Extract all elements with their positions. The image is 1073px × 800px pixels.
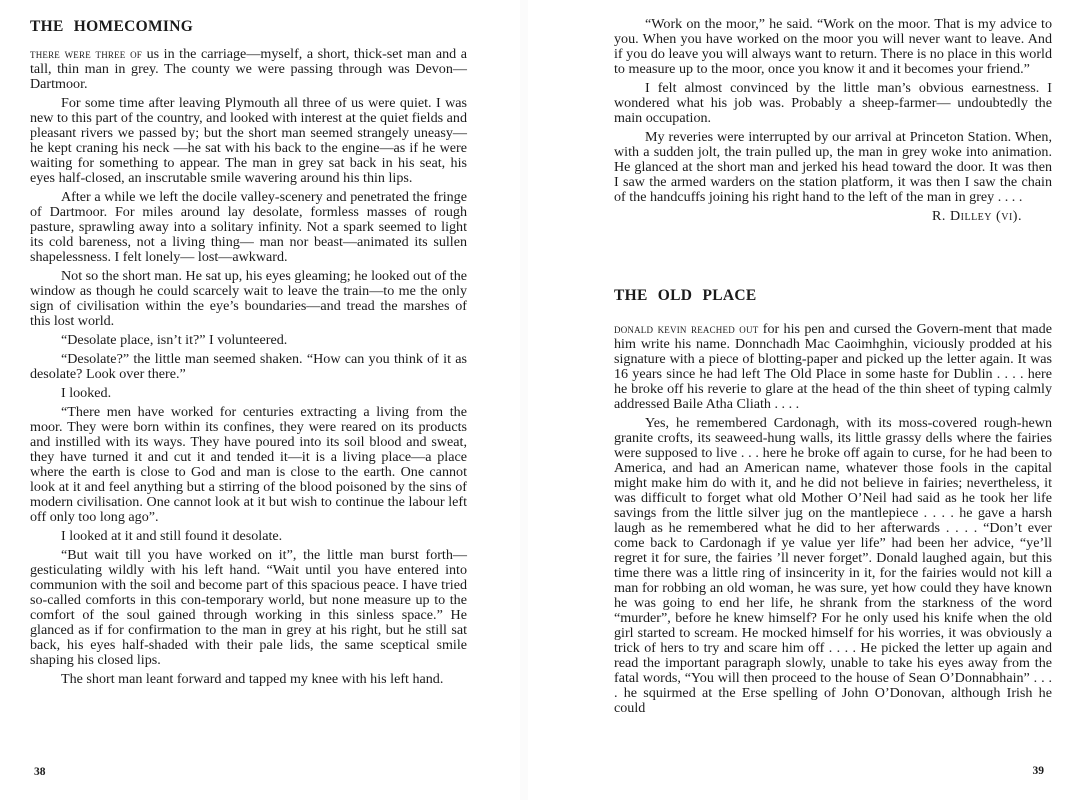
paragraph: The short man leant forward and tapped m… (30, 672, 467, 687)
paragraph: “Work on the moor,” he said. “Work on th… (614, 17, 1052, 77)
story-body-homecoming: There were three of us in the carriage—m… (30, 46, 467, 691)
story-continuation-homecoming: “Work on the moor,” he said. “Work on th… (614, 17, 1052, 224)
paragraph: “Desolate?” the little man seemed shaken… (30, 352, 467, 382)
story-title-old-place: THE OLD PLACE (614, 287, 757, 305)
paragraph: After a while we left the docile valley-… (30, 190, 467, 265)
paragraph: “Desolate place, isn’t it?” I volunteere… (30, 333, 467, 348)
paragraph: “There men have worked for centuries ext… (30, 405, 467, 525)
paragraph: I looked at it and still found it desola… (30, 529, 467, 544)
paragraph: Donald Kevin reached out for his pen and… (614, 321, 1052, 412)
page-number-right: 39 (1033, 765, 1045, 777)
paragraph: Yes, he remembered Cardonagh, with its m… (614, 416, 1052, 716)
paragraph: I looked. (30, 386, 467, 401)
author-signature: R. Dilley (vi). (614, 209, 1052, 224)
right-page: “Work on the moor,” he said. “Work on th… (614, 0, 1052, 800)
story-title-homecoming: THE HOMECOMING (30, 18, 193, 36)
lead-in-smallcaps: There were three of (30, 46, 142, 61)
paragraph: I felt almost convinced by the little ma… (614, 81, 1052, 126)
paragraph: My reveries were interrupted by our arri… (614, 130, 1052, 205)
paragraph: Not so the short man. He sat up, his eye… (30, 269, 467, 329)
book-gutter (520, 0, 528, 800)
lead-in-smallcaps: Donald Kevin reached out (614, 321, 758, 336)
left-page: THE HOMECOMING There were three of us in… (30, 0, 467, 800)
paragraph: “But wait till you have worked on it”, t… (30, 548, 467, 668)
paragraph: There were three of us in the carriage—m… (30, 46, 467, 92)
paragraph: For some time after leaving Plymouth all… (30, 96, 467, 186)
story-body-old-place: Donald Kevin reached out for his pen and… (614, 321, 1052, 720)
page-number-left: 38 (34, 766, 46, 778)
